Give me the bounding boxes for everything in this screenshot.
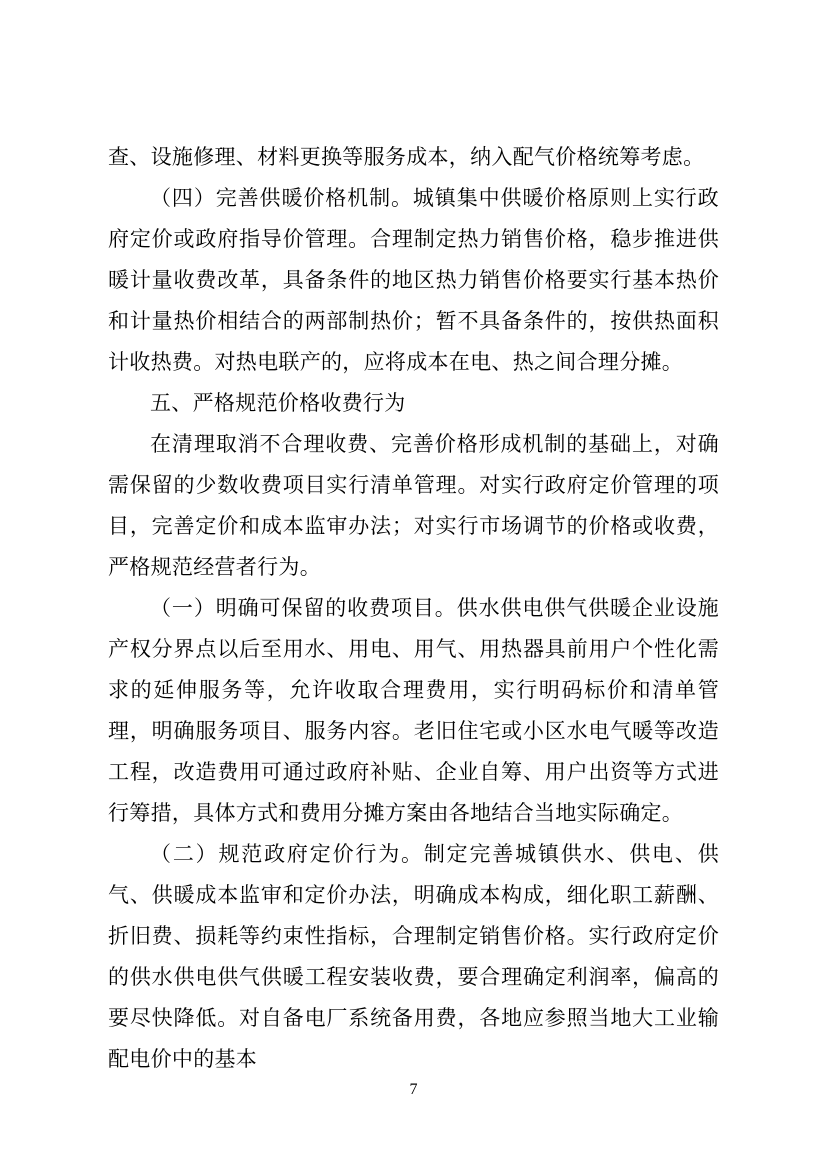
document-body: 查、设施修理、材料更换等服务成本，纳入配气价格统筹考虑。 （四）完善供暖价格机制… xyxy=(108,137,719,1080)
section-heading-5: 五、严格规范价格收费行为 xyxy=(108,383,719,424)
paragraph-continuation: 查、设施修理、材料更换等服务成本，纳入配气价格统筹考虑。 xyxy=(108,137,719,178)
page-number: 7 xyxy=(0,1080,827,1100)
paragraph-item-1: （一）明确可保留的收费项目。供水供电供气供暖企业设施产权分界点以后至用水、用电、… xyxy=(108,588,719,834)
paragraph-section-5-intro: 在清理取消不合理收费、完善价格形成机制的基础上，对确需保留的少数收费项目实行清单… xyxy=(108,424,719,588)
document-page: 查、设施修理、材料更换等服务成本，纳入配气价格统筹考虑。 （四）完善供暖价格机制… xyxy=(0,0,827,1169)
paragraph-item-4: （四）完善供暖价格机制。城镇集中供暖价格原则上实行政府定价或政府指导价管理。合理… xyxy=(108,178,719,383)
paragraph-item-2: （二）规范政府定价行为。制定完善城镇供水、供电、供气、供暖成本监审和定价办法，明… xyxy=(108,834,719,1080)
